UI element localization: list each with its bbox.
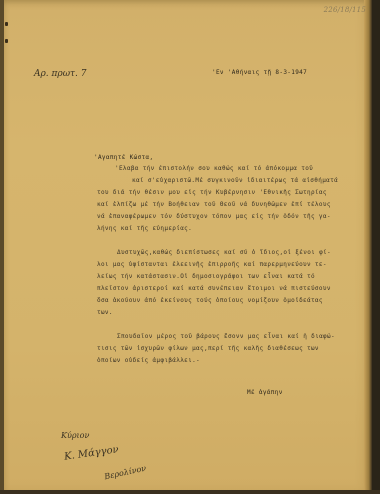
page-left-edge (0, 0, 4, 494)
body-line: καί ἐλπίζω μέ τήν Βοήθειαν τοῦ Θεοῦ νά δ… (97, 201, 331, 209)
body-line: Σπουδαῖον μέρος τοῦ βάρους ἔσονν μας εἶν… (117, 333, 335, 341)
body-line: λοι μας ὑφίστανται ἐλεεινῆς ἐπιρροῆς καί… (97, 261, 327, 269)
body-line: 'Ελαβα τήν έπιστολήν σου καθώς καί τό άπ… (115, 165, 313, 173)
place-date: 'Εν 'Αθήναις τῇ 8-3-1947 (212, 69, 307, 77)
punch-hole-mark (5, 39, 8, 43)
body-line: καί σ'εὐχαριστῶ.Μέ συγκινοῦν ἰδιαιτέρως … (132, 177, 338, 185)
body-line: ὁποίων οὐδείς ἀμφιβάλλει.- (97, 357, 200, 365)
body-line: λείως τήν κατάστασιν.Οἱ δημοσιογράφοι τω… (97, 273, 315, 281)
address-line: Κύριον (61, 431, 89, 440)
body-line: Δυστυχῶς,καθώς διεπίστωσες καί σύ ὁ ἴδιο… (117, 249, 331, 257)
page-edge-shadow (364, 0, 372, 494)
body-line: ὅσα ἀκούουν ἀπό ἐκείνους τούς ὁποίους νο… (97, 297, 323, 305)
body-line: των. (97, 309, 113, 317)
closing: Μέ ἀγάπην (247, 389, 283, 397)
body-line: νά ἐπαναφέρωμεν τόν δύστυχον τόπον μας ε… (97, 213, 331, 221)
page-bottom-edge (0, 490, 380, 494)
salutation: 'Αγαπητέ Κώστα, (94, 154, 153, 162)
body-line: πλεῖστον ἀριστεροί καί κατά συνέπειαν ἕτ… (97, 285, 331, 293)
body-line: τισις τῶν ἰσχυρῶν φίλων μας,περί τῆς καλ… (97, 345, 319, 353)
archive-code: 226/18/115 (324, 6, 366, 14)
body-line: του διά τήν θέσιν μου εἰς τήν Κυβέρνησιν… (97, 189, 327, 197)
punch-hole-mark (5, 22, 8, 26)
body-line: λήνης καί τῆς εὐημερίας. (97, 225, 192, 233)
reference-number: Αρ. πρωτ. 7 (34, 69, 86, 79)
